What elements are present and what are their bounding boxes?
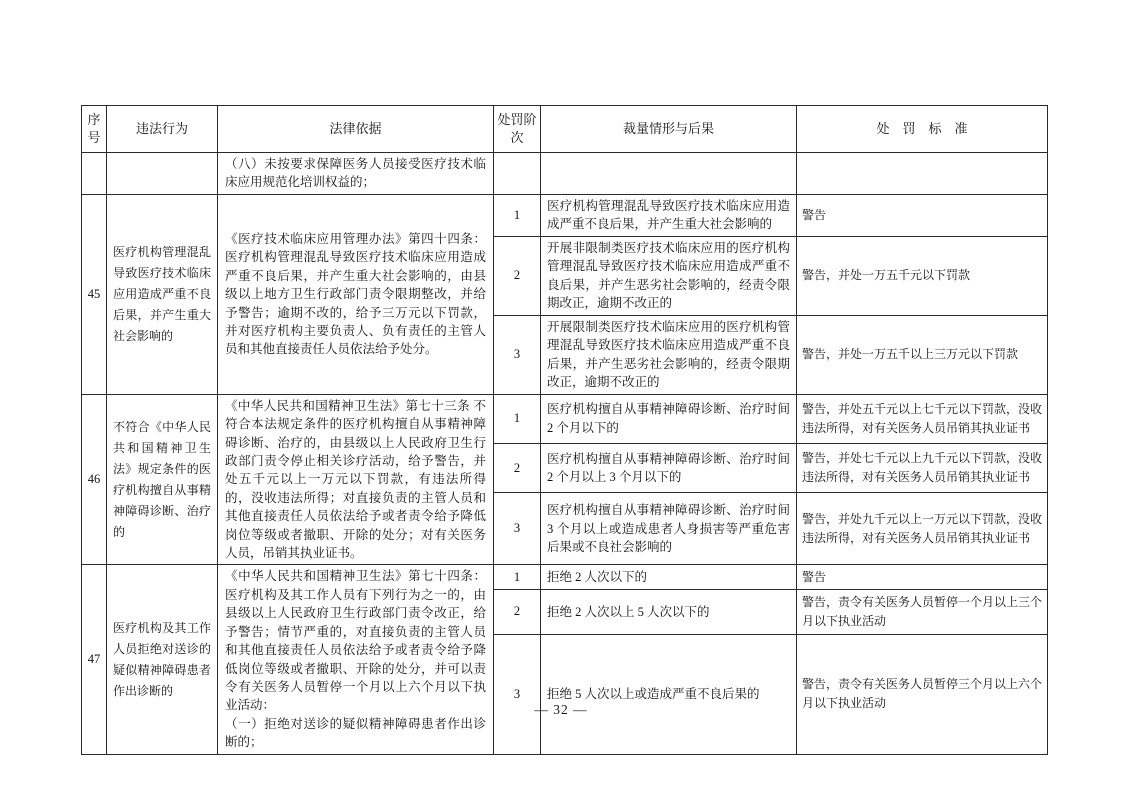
cell-level-46-1: 1	[494, 394, 541, 443]
cell-level-45-2: 2	[494, 236, 541, 315]
table-row-46-level-1: 46 不符合《中华人民共和国精神卫生法》规定条件的医疗机构擅自从事精神障碍诊断、…	[82, 394, 1048, 443]
cell-standard-45-3: 警告，并处一万五千以上三万元以下罚款	[797, 315, 1048, 394]
header-legal-basis: 法律依据	[218, 106, 494, 153]
cell-violation-empty	[107, 153, 218, 195]
cell-seq-empty	[82, 153, 107, 195]
cell-circumstance-47-2: 拒绝 2 人次以上 5 人次以下的	[541, 589, 797, 634]
cell-level-45-3: 3	[494, 315, 541, 394]
cell-violation-45: 医疗机构管理混乱导致医疗技术临床应用造成严重不良后果，并产生重大社会影响的	[107, 194, 218, 394]
header-seq: 序号	[82, 106, 107, 153]
cell-level-47-2: 2	[494, 589, 541, 634]
cell-standard-47-3: 警告，责令有关医务人员暂停三个月以上六个月以下执业活动	[797, 634, 1048, 754]
cell-standard-46-1: 警告，并处五千元以上七千元以下罚款，没收违法所得，对有关医务人员吊销其执业证书	[797, 394, 1048, 443]
cell-circumstance-46-3: 医疗机构擅自从事精神障碍诊断、治疗时间 3 个月以上或造成患者人身损害等严重危害…	[541, 493, 797, 565]
cell-level-47-3: 3	[494, 634, 541, 754]
page-number: — 32 —	[0, 702, 1122, 718]
header-penalty-level: 处罚阶次	[494, 106, 541, 153]
legal-basis-paragraph: 《中华人民共和国精神卫生法》第七十四条：医疗机构及其工作人员有下列行为之一的，由…	[225, 567, 486, 714]
cell-legal-basis-47: 《中华人民共和国精神卫生法》第七十四条：医疗机构及其工作人员有下列行为之一的，由…	[218, 565, 494, 754]
legal-basis-paragraph: 《医疗技术临床应用管理办法》第四十四条：医疗机构管理混乱导致医疗技术临床应用造成…	[225, 230, 486, 359]
cell-circumstance-45-1: 医疗机构管理混乱导致医疗技术临床应用造成严重不良后果，并产生重大社会影响的	[541, 194, 797, 236]
cell-standard-45-2: 警告，并处一万五千元以下罚款	[797, 236, 1048, 315]
header-violation: 违法行为	[107, 106, 218, 153]
cell-standard-46-2: 警告，并处七千元以上九千元以下罚款，没收违法所得，对有关医务人员吊销其执业证书	[797, 444, 1048, 493]
cell-legal-basis-45: 《医疗技术临床应用管理办法》第四十四条：医疗机构管理混乱导致医疗技术临床应用造成…	[218, 194, 494, 394]
cell-level-empty	[494, 153, 541, 195]
table-row-47-level-1: 47 医疗机构及其工作人员拒绝对送诊的疑似精神障碍患者作出诊断的 《中华人民共和…	[82, 565, 1048, 590]
continuation-row: （八）未按要求保障医务人员接受医疗技术临床应用规范化培训权益的；	[82, 153, 1048, 195]
cell-standard-45-1: 警告	[797, 194, 1048, 236]
penalty-discretion-table: 序号 违法行为 法律依据 处罚阶次 裁量情形与后果 处 罚 标 准 （八）未按要…	[81, 105, 1048, 755]
cell-seq-47: 47	[82, 565, 107, 754]
legal-basis-paragraph: （一）拒绝对送诊的疑似精神障碍患者作出诊断的；	[225, 715, 486, 752]
document-page: 序号 违法行为 法律依据 处罚阶次 裁量情形与后果 处 罚 标 准 （八）未按要…	[0, 0, 1122, 793]
cell-violation-46: 不符合《中华人民共和国精神卫生法》规定条件的医疗机构擅自从事精神障碍诊断、治疗的	[107, 394, 218, 565]
cell-level-46-2: 2	[494, 444, 541, 493]
cell-standard-47-1: 警告	[797, 565, 1048, 590]
cell-circumstance-46-1: 医疗机构擅自从事精神障碍诊断、治疗时间 2 个月以下的	[541, 394, 797, 443]
cell-violation-47: 医疗机构及其工作人员拒绝对送诊的疑似精神障碍患者作出诊断的	[107, 565, 218, 754]
cell-legal-basis-46: 《中华人民共和国精神卫生法》第七十三条 不符合本法规定条件的医疗机构擅自从事精神…	[218, 394, 494, 565]
cell-level-47-1: 1	[494, 565, 541, 590]
cell-level-46-3: 3	[494, 493, 541, 565]
cell-standard-empty	[797, 153, 1048, 195]
legal-basis-paragraph: 《中华人民共和国精神卫生法》第七十三条 不符合本法规定条件的医疗机构擅自从事精神…	[225, 397, 486, 563]
cell-circumstance-47-1: 拒绝 2 人次以下的	[541, 565, 797, 590]
table-row-45-level-1: 45 医疗机构管理混乱导致医疗技术临床应用造成严重不良后果，并产生重大社会影响的…	[82, 194, 1048, 236]
cell-standard-46-3: 警告，并处九千元以上一万元以下罚款，没收违法所得，对有关医务人员吊销其执业证书	[797, 493, 1048, 565]
header-circumstance: 裁量情形与后果	[541, 106, 797, 153]
cell-level-45-1: 1	[494, 194, 541, 236]
cell-circumstance-46-2: 医疗机构擅自从事精神障碍诊断、治疗时间 2 个月以上 3 个月以下的	[541, 444, 797, 493]
cell-seq-45: 45	[82, 194, 107, 394]
cell-seq-46: 46	[82, 394, 107, 565]
table-header-row: 序号 违法行为 法律依据 处罚阶次 裁量情形与后果 处 罚 标 准	[82, 106, 1048, 153]
cell-circumstance-empty	[541, 153, 797, 195]
cell-legal-basis-continuation: （八）未按要求保障医务人员接受医疗技术临床应用规范化培训权益的；	[218, 153, 494, 195]
cell-circumstance-45-3: 开展限制类医疗技术临床应用的医疗机构管理混乱导致医疗技术临床应用造成严重不良后果…	[541, 315, 797, 394]
cell-circumstance-45-2: 开展非限制类医疗技术临床应用的医疗机构管理混乱导致医疗技术临床应用造成严重不良后…	[541, 236, 797, 315]
cell-circumstance-47-3: 拒绝 5 人次以上或造成严重不良后果的	[541, 634, 797, 754]
cell-standard-47-2: 警告，责令有关医务人员暂停一个月以上三个月以下执业活动	[797, 589, 1048, 634]
header-penalty-standard: 处 罚 标 准	[797, 106, 1048, 153]
